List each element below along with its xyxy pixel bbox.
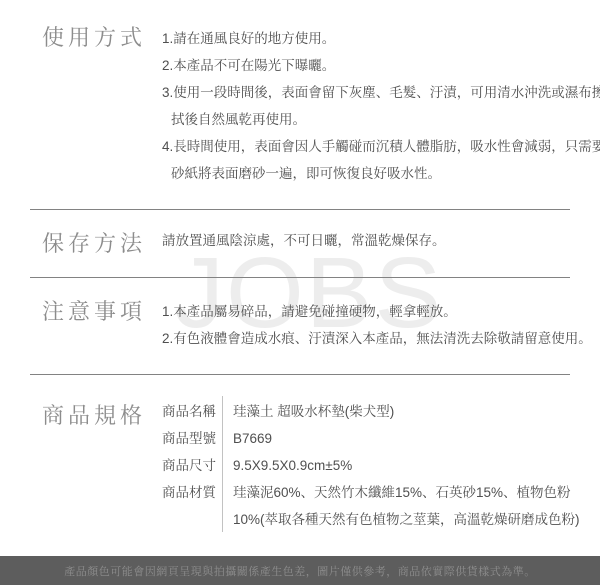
spec-row-material: 商品材質 珪藻泥60%、天然竹木纖維15%、石英砂15%、植物色粉10%(萃取各… [162,479,593,533]
spec-label: 商品尺寸 [162,452,222,479]
spec-label: 商品型號 [162,425,222,452]
usage-line-continuation: 拭後自然風乾再使用。 [171,106,600,133]
spec-row-size: 商品尺寸 9.5X9.5X0.9cm±5% [162,452,593,479]
usage-line: 1.請在通風良好的地方使用。 [162,25,600,52]
spec-label: 商品材質 [162,479,222,506]
usage-line: 2.本產品不可在陽光下曝曬。 [162,52,600,79]
spec-row-model: 商品型號 B7669 [162,425,593,452]
footer-disclaimer-text: 產品顏色可能會因網頁呈現與拍攝關係產生色差，圖片僅供參考，商品依實際供貨樣式為準… [64,563,536,579]
usage-line: 4.長時間使用，表面會因人手觸碰而沉積人體脂肪，吸水性會減弱，只需要 [162,133,600,160]
section-heading-notes: 注意事項 [42,299,146,325]
spec-value: 9.5X9.5X0.9cm±5% [233,452,593,479]
usage-line-continuation: 砂紙將表面磨砂一遍，即可恢復良好吸水性。 [171,160,600,187]
section-heading-specs: 商品規格 [42,403,146,429]
section-divider [30,277,570,278]
spec-label: 商品名稱 [162,398,222,425]
product-info-page: JOBS 使用方式 1.請在通風良好的地方使用。 2.本產品不可在陽光下曝曬。 … [0,0,600,585]
storage-content: 請放置通風陰涼處，不可日曬，常溫乾燥保存。 [162,227,446,254]
spec-value: 珪藻土 超吸水杯墊(柴犬型) [233,398,593,425]
notes-line: 2.有色液體會造成水痕、汙漬深入本產品，無法清洗去除敬請留意使用。 [162,325,592,352]
section-divider [30,374,570,375]
spec-value: 珪藻泥60%、天然竹木纖維15%、石英砂15%、植物色粉10%(萃取各種天然有色… [233,479,593,533]
spec-table: 商品名稱 珪藻土 超吸水杯墊(柴犬型) 商品型號 B7669 商品尺寸 9.5X… [162,398,593,533]
usage-line: 3.使用一段時間後，表面會留下灰塵、毛髮、汙漬，可用清水沖洗或濕布擦 [162,79,600,106]
spec-value: B7669 [233,425,593,452]
section-heading-usage: 使用方式 [42,25,146,51]
notes-content: 1.本產品屬易碎品，請避免碰撞硬物，輕拿輕放。 2.有色液體會造成水痕、汙漬深入… [162,298,592,352]
section-heading-storage: 保存方法 [42,231,146,257]
footer-disclaimer-bar: 產品顏色可能會因網頁呈現與拍攝關係產生色差，圖片僅供參考，商品依實際供貨樣式為準… [0,556,600,585]
notes-line: 1.本產品屬易碎品，請避免碰撞硬物，輕拿輕放。 [162,298,592,325]
section-divider [30,209,570,210]
usage-content: 1.請在通風良好的地方使用。 2.本產品不可在陽光下曝曬。 3.使用一段時間後，… [162,25,600,187]
spec-row-name: 商品名稱 珪藻土 超吸水杯墊(柴犬型) [162,398,593,425]
storage-line: 請放置通風陰涼處，不可日曬，常溫乾燥保存。 [162,227,446,254]
